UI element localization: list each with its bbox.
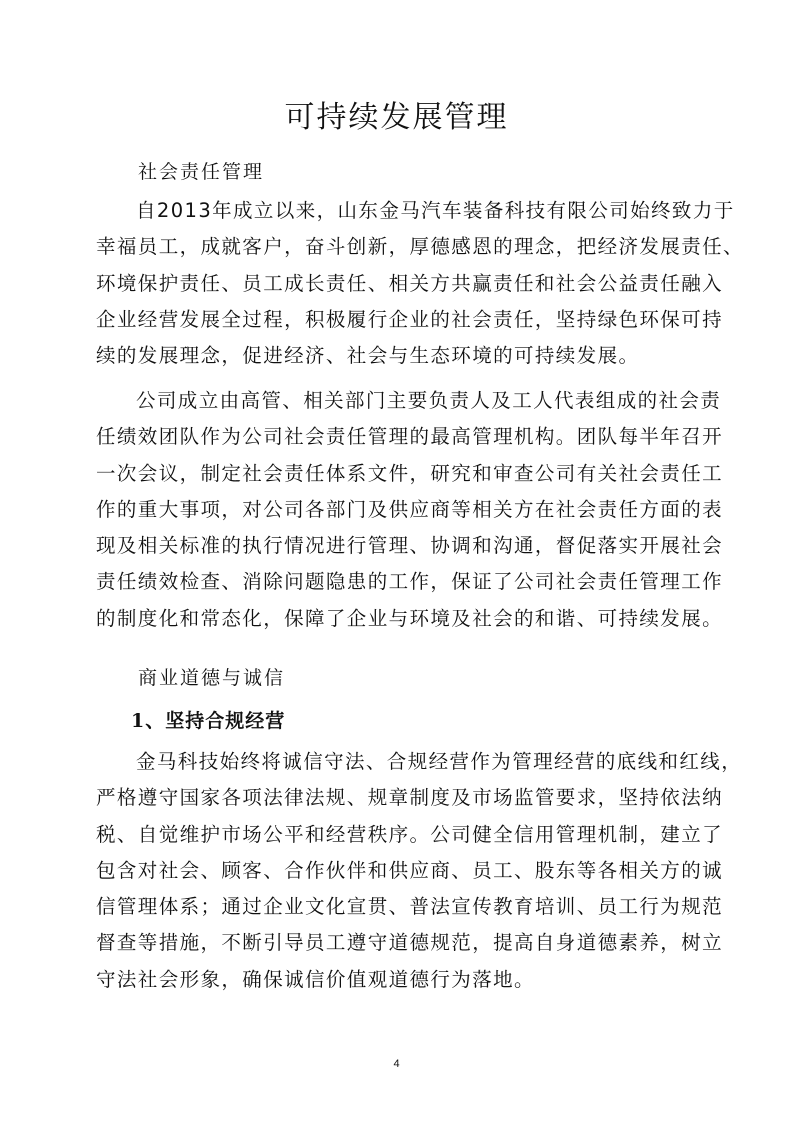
- paragraph-line: 自2013年成立以来，山东金马汽车装备科技有限公司始终致力于: [96, 193, 702, 229]
- paragraph-line: 督查等措施，不断引导员工遵守道德规范，提高自身道德素养，树立: [96, 925, 702, 961]
- subheading-compliance: 1、坚持合规经营: [131, 706, 285, 733]
- paragraph-line: 现及相关标准的执行情况进行管理、协调和沟通，督促落实开展社会: [96, 528, 702, 564]
- page-title: 可持续发展管理: [0, 92, 793, 136]
- paragraph-line: 一次会议，制定社会责任体系文件，研究和审查公司有关社会责任工: [96, 456, 702, 492]
- paragraph-performance-team: 公司成立由高管、相关部门主要负责人及工人代表组成的社会责 任绩效团队作为公司社会…: [96, 383, 702, 637]
- paragraph-line: 的制度化和常态化，保障了企业与环境及社会的和谐、可持续发展。: [96, 601, 702, 637]
- paragraph-line: 企业经营发展全过程，积极履行企业的社会责任，坚持绿色环保可持: [96, 302, 702, 338]
- paragraph-line: 包含对社会、顾客、合作伙伴和供应商、员工、股东等各相关方的诚: [96, 853, 702, 889]
- paragraph-line: 环境保护责任、员工成长责任、相关方共赢责任和社会公益责任融入: [96, 266, 702, 302]
- paragraph-compliance: 金马科技始终将诚信守法、合规经营作为管理经营的底线和红线， 严格遵守国家各项法律…: [96, 744, 702, 998]
- paragraph-line: 幸福员工，成就客户，奋斗创新，厚德感恩的理念，把经济发展责任、: [96, 229, 702, 265]
- paragraph-line: 严格遵守国家各项法律法规、规章制度及市场监管要求，坚持依法纳: [96, 780, 702, 816]
- section-heading-social-responsibility: 社会责任管理: [138, 157, 264, 184]
- page-number: 4: [0, 1058, 793, 1070]
- paragraph-company-intro: 自2013年成立以来，山东金马汽车装备科技有限公司始终致力于 幸福员工，成就客户…: [96, 193, 702, 374]
- paragraph-line: 金马科技始终将诚信守法、合规经营作为管理经营的底线和红线，: [96, 744, 702, 780]
- paragraph-line: 作的重大事项，对公司各部门及供应商等相关方在社会责任方面的表: [96, 492, 702, 528]
- paragraph-line: 责任绩效检查、消除问题隐患的工作，保证了公司社会责任管理工作: [96, 564, 702, 600]
- paragraph-line: 公司成立由高管、相关部门主要负责人及工人代表组成的社会责: [96, 383, 702, 419]
- section-heading-business-ethics: 商业道德与诚信: [138, 663, 285, 690]
- paragraph-line: 信管理体系；通过企业文化宣贯、普法宣传教育培训、员工行为规范: [96, 889, 702, 925]
- paragraph-line: 续的发展理念，促进经济、社会与生态环境的可持续发展。: [96, 338, 702, 374]
- paragraph-line: 税、自觉维护市场公平和经营秩序。公司健全信用管理机制，建立了: [96, 817, 702, 853]
- paragraph-line: 任绩效团队作为公司社会责任管理的最高管理机构。团队每半年召开: [96, 419, 702, 455]
- paragraph-line: 守法社会形象，确保诚信价值观道德行为落地。: [96, 962, 702, 998]
